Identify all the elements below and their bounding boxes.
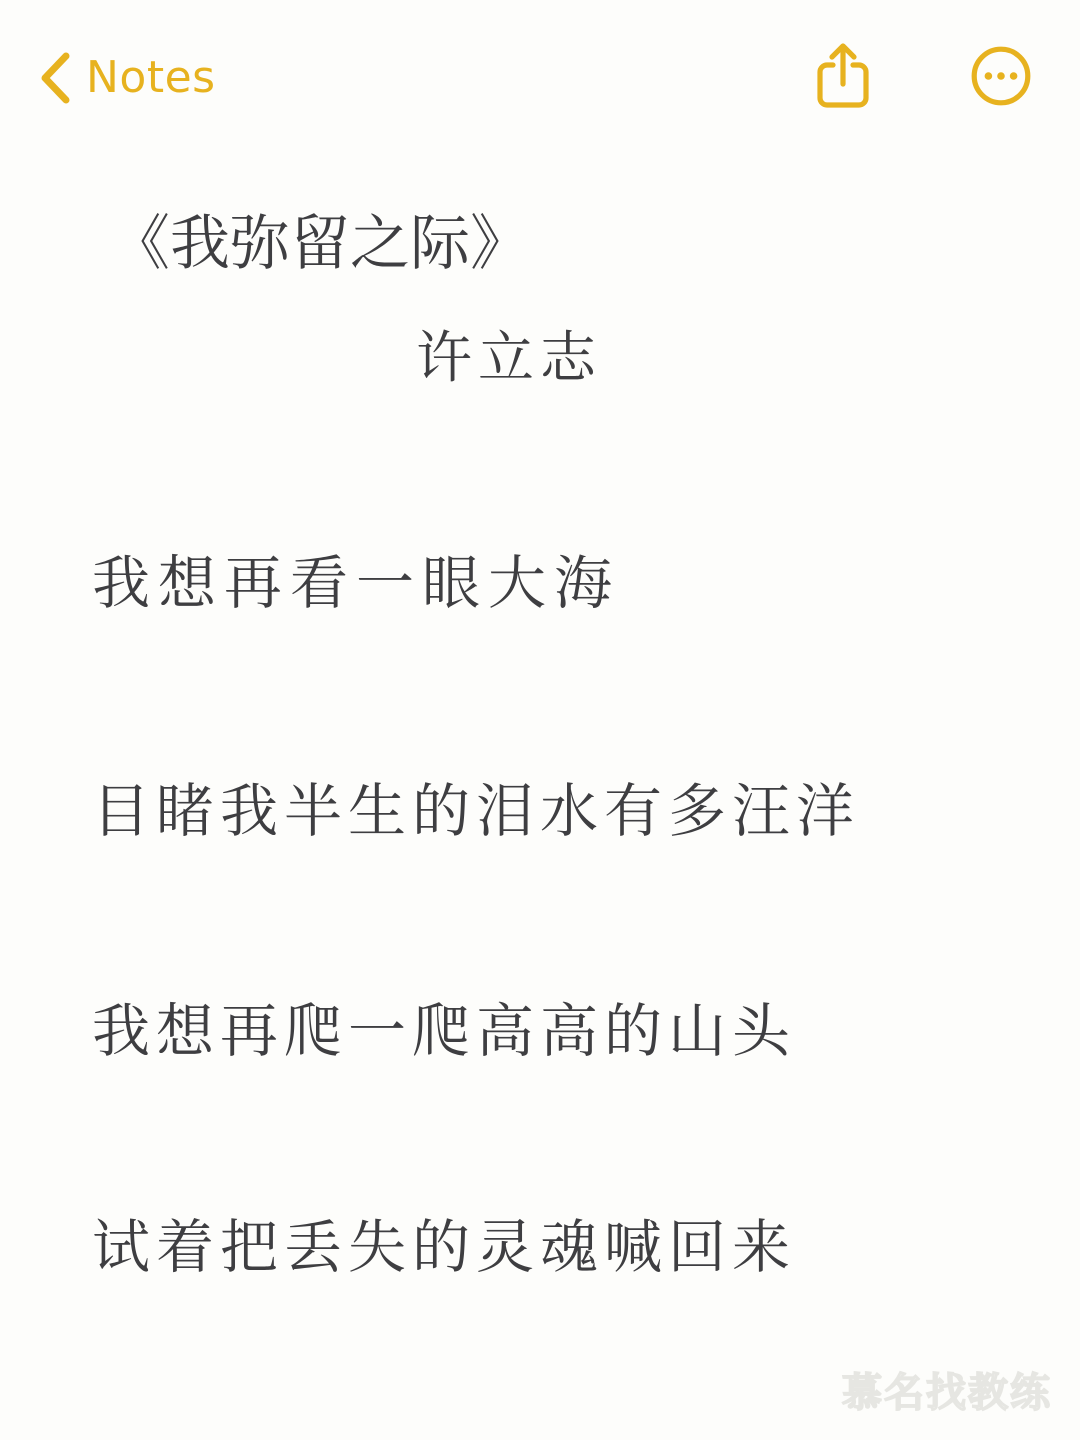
chevron-left-icon <box>38 52 72 104</box>
poem-line: 我想再爬一爬高高的山头 <box>92 984 796 1068</box>
back-label: Notes <box>86 52 216 104</box>
watermark: 慕名找教练 <box>842 1361 1052 1418</box>
poem-line: 目睹我半生的泪水有多汪洋 <box>92 764 860 848</box>
share-icon[interactable] <box>814 42 872 110</box>
poem-line: 试着把丢失的灵魂喊回来 <box>92 1200 796 1284</box>
nav-actions <box>814 42 1032 110</box>
notes-app-screen: Notes 《我弥留之际》 许立志 我想再看一眼大海 目睹我半生的泪水有多汪洋 … <box>0 0 1080 1440</box>
nav-bar: Notes <box>0 0 1080 140</box>
more-ellipsis-icon[interactable] <box>970 45 1032 107</box>
poem-author: 许立志 <box>416 314 602 394</box>
poem-title: 《我弥留之际》 <box>110 196 530 282</box>
back-button[interactable]: Notes <box>38 52 216 104</box>
poem-line: 我想再看一眼大海 <box>92 536 620 620</box>
